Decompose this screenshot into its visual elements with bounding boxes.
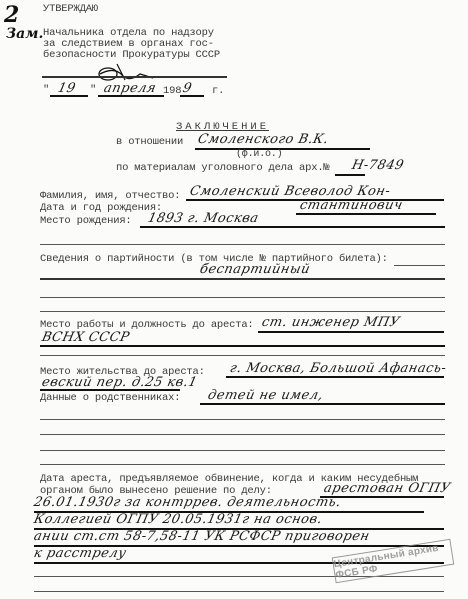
date-year-unit: г.: [212, 86, 224, 97]
arrest-value-line1: арестован ОГПУ: [322, 481, 451, 496]
party-line2: [40, 297, 445, 298]
signature-line: [42, 76, 227, 78]
work-value-line2: ВСНХ СССР: [40, 330, 131, 345]
relatives-line: [200, 403, 445, 405]
relatives-line3: [40, 434, 445, 435]
handwritten-approval-mark: 2: [4, 2, 19, 28]
date-day: 19: [56, 81, 77, 96]
relatives-value: детей не имел,: [206, 388, 324, 403]
relatives-line5: [40, 464, 445, 465]
regarding-value: Смоленского В.К.: [196, 132, 330, 147]
arrest-value-line5: к расстрелу: [32, 546, 127, 561]
arrest-line6: [34, 576, 444, 577]
residence-value-line2: евский пер. д.25 кв.1: [40, 375, 198, 390]
relatives-line2: [40, 419, 445, 420]
date-year-line: [180, 95, 204, 97]
birth-place-line: [140, 226, 445, 228]
party-label-line: [394, 265, 445, 266]
work-line3: [40, 355, 445, 356]
relatives-label: Данные о родственниках:: [40, 393, 180, 404]
relatives-line4: [40, 450, 445, 451]
birth-date-label: Дата и год рождения:: [40, 203, 162, 214]
regarding-caption: (ф.и.о.): [236, 149, 282, 160]
party-value: беспартийный: [198, 262, 311, 277]
birth-place-label: Место рождения:: [40, 216, 132, 227]
arrest-value-line2: 26.01.1930г за контррев. деятельность.: [32, 495, 342, 510]
regarding-line: [195, 148, 370, 150]
blank-line: [40, 244, 445, 245]
date-month-line: [98, 95, 164, 97]
case-number-line: [335, 174, 365, 176]
work-line1: [258, 331, 444, 333]
residence-value-line1: г. Москва, Большой Афанась-: [228, 361, 448, 376]
approval-header: УТВЕРЖДАЮ: [43, 4, 98, 15]
date-year-prefix: 198: [163, 86, 181, 97]
approval-title-line3: безопасности Прокуратуры СССР: [43, 50, 220, 61]
arrest-value-line3: Коллегией ОГПУ 20.05.1931г на основ.: [32, 512, 323, 527]
residence-line2: [40, 389, 180, 391]
arrest-line7: [34, 591, 444, 592]
date-month: апреля: [102, 81, 157, 96]
full-name-label: Фамилия, имя, отчество:: [40, 191, 180, 202]
party-line3: [40, 311, 445, 312]
birth-date-line: [296, 213, 436, 215]
document-page: 2 Зам. УТВЕРЖДАЮ Начальника отдела по на…: [0, 0, 468, 599]
arrest-value-line4: ании ст.ст 58-7,58-11 УК РСФСР приговоре…: [32, 529, 371, 544]
residence-line1: [226, 376, 444, 378]
date-year-suffix: 9: [181, 81, 193, 96]
date-quote-open: ": [43, 85, 49, 96]
birth-value: 1893 г. Москва: [146, 211, 260, 226]
handwritten-deputy-prefix: Зам.: [6, 26, 43, 42]
date-day-line: [50, 95, 88, 97]
regarding-label: в отношении: [116, 137, 183, 148]
date-quote-close: ": [90, 85, 96, 96]
party-line1: [40, 278, 445, 280]
case-label: по материалам уголовного дела арх.№: [116, 163, 330, 174]
case-number: Н-7849: [350, 158, 405, 173]
full-name-value-line1: Смоленский Всеволод Кон-: [188, 184, 391, 199]
work-line2: [40, 345, 445, 347]
full-name-value-line2: стантинович: [298, 198, 404, 213]
work-value-line1: ст. инженер МПУ: [260, 315, 401, 330]
